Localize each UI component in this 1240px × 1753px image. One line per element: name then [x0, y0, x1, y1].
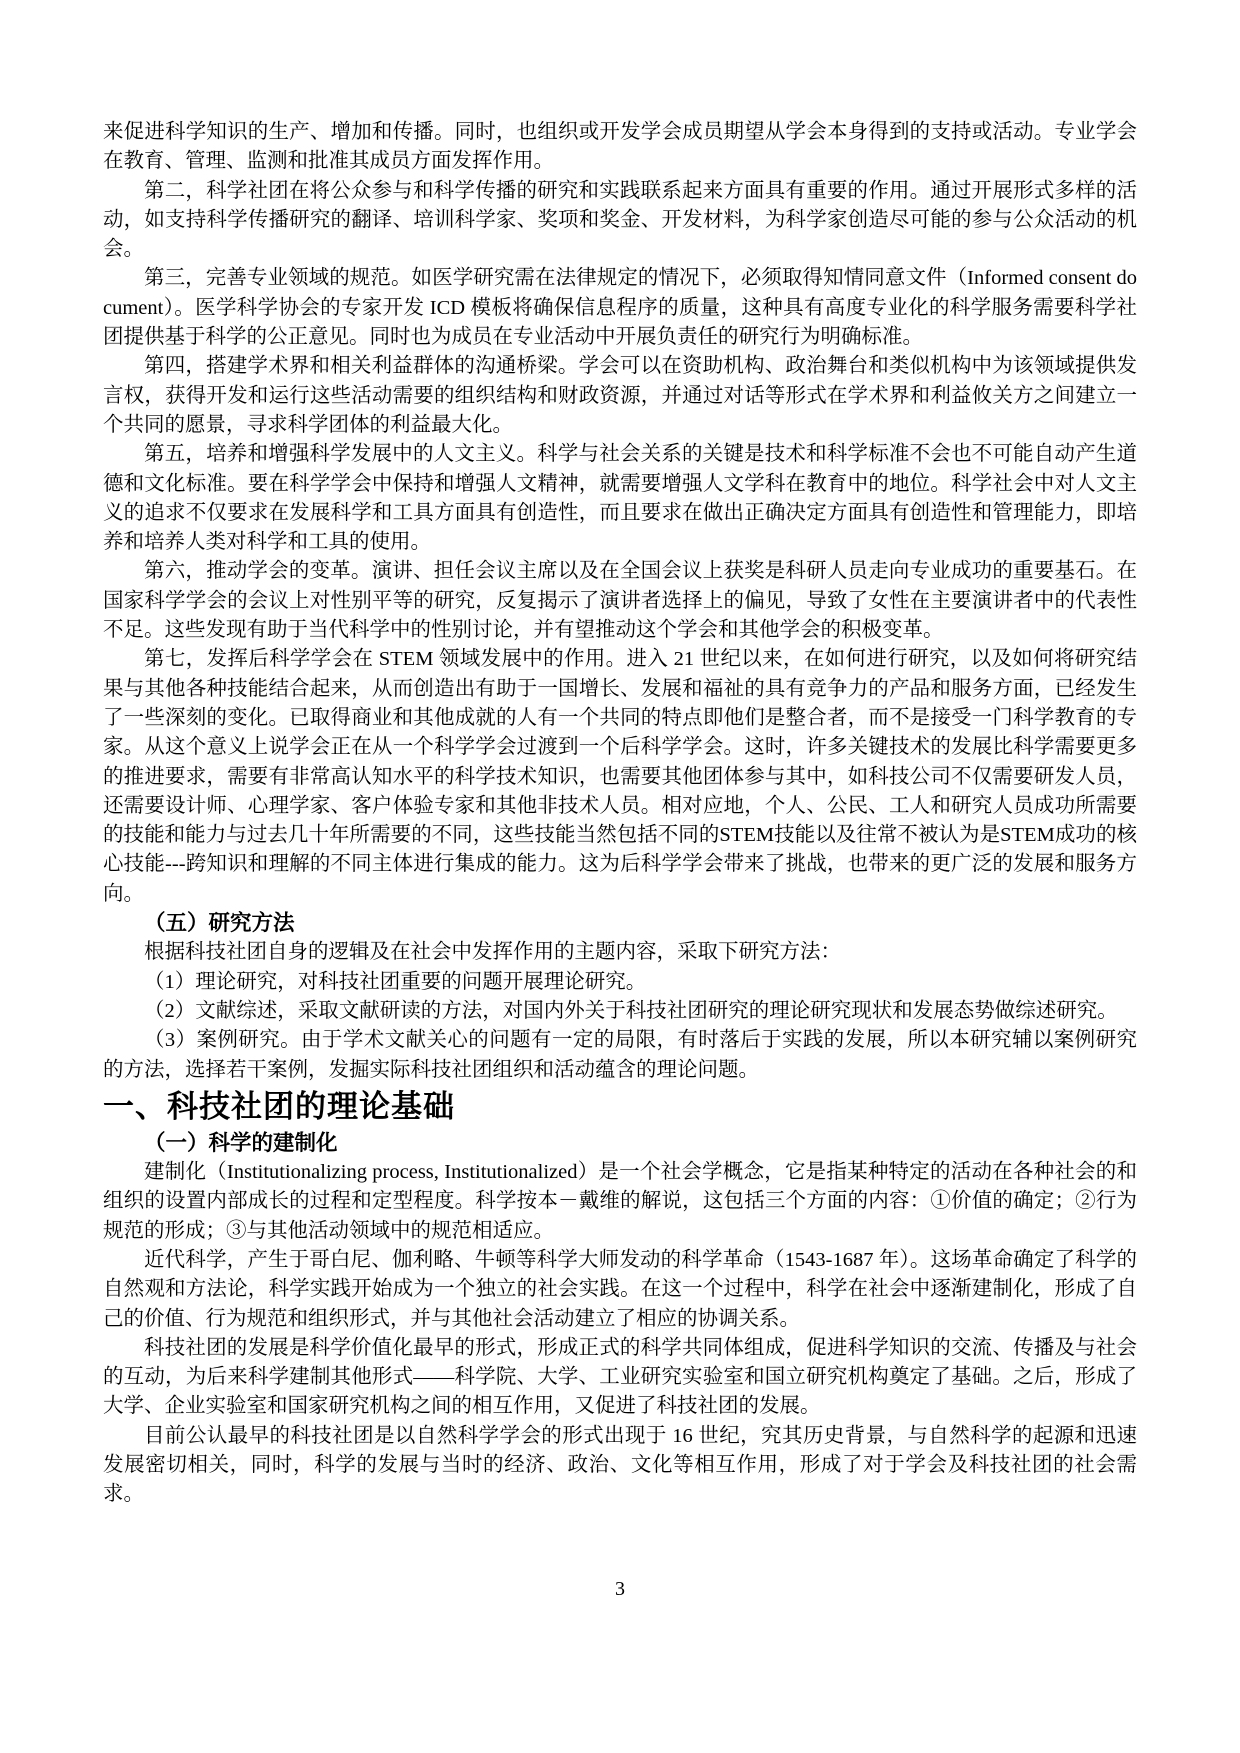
document-page: 来促进科学知识的生产、增加和传播。同时，也组织或开发学会成员期望从学会本身得到的… [0, 0, 1240, 1753]
paragraph-method-2: （2）文献综述，采取文献研读的方法，对国内外关于科技社团研究的理论研究现状和发展… [103, 997, 1137, 1026]
page-number: 3 [615, 1578, 625, 1600]
page-footer: 3 [0, 1578, 1240, 1601]
paragraph-fifth: 第五，培养和增强科学发展中的人文主义。科学与社会关系的关键是技术和科学标准不会也… [103, 440, 1137, 557]
heading-institutionalization: （一）科学的建制化 [103, 1129, 1137, 1158]
heading-chapter-one: 一、科技社团的理论基础 [103, 1085, 1137, 1129]
paragraph-continued: 来促进科学知识的生产、增加和传播。同时，也组织或开发学会成员期望从学会本身得到的… [103, 118, 1137, 177]
paragraph-seventh: 第七，发挥后科学学会在 STEM 领域发展中的作用。进入 21 世纪以来，在如何… [103, 645, 1137, 909]
paragraph-third: 第三，完善专业领域的规范。如医学研究需在法律规定的情况下，必须取得知情同意文件（… [103, 264, 1137, 352]
paragraph-modern-science: 近代科学，产生于哥白尼、伽利略、牛顿等科学大师发动的科学革命（1543-1687… [103, 1246, 1137, 1334]
paragraph-society-development: 科技社团的发展是科学价值化最早的形式，形成正式的科学共同体组成，促进科学知识的交… [103, 1334, 1137, 1422]
document-body: 来促进科学知识的生产、增加和传播。同时，也组织或开发学会成员期望从学会本身得到的… [103, 118, 1137, 1510]
paragraph-earliest-societies: 目前公认最早的科技社团是以自然科学学会的形式出现于 16 世纪，究其历史背景，与… [103, 1422, 1137, 1510]
paragraph-method-1: （1）理论研究，对科技社团重要的问题开展理论研究。 [103, 968, 1137, 997]
heading-research-methods: （五）研究方法 [103, 909, 1137, 938]
paragraph-method-3: （3）案例研究。由于学术文献关心的问题有一定的局限，有时落后于实践的发展，所以本… [103, 1026, 1137, 1085]
paragraph-fourth: 第四，搭建学术界和相关利益群体的沟通桥梁。学会可以在资助机构、政治舞台和类似机构… [103, 352, 1137, 440]
paragraph-sixth: 第六，推动学会的变革。演讲、担任会议主席以及在全国会议上获奖是科研人员走向专业成… [103, 557, 1137, 645]
paragraph-institutionalization: 建制化（Institutionalizing process, Institut… [103, 1158, 1137, 1246]
paragraph-second: 第二，科学社团在将公众参与和科学传播的研究和实践联系起来方面具有重要的作用。通过… [103, 177, 1137, 265]
paragraph-methods-intro: 根据科技社团自身的逻辑及在社会中发挥作用的主题内容，采取下研究方法： [103, 938, 1137, 967]
